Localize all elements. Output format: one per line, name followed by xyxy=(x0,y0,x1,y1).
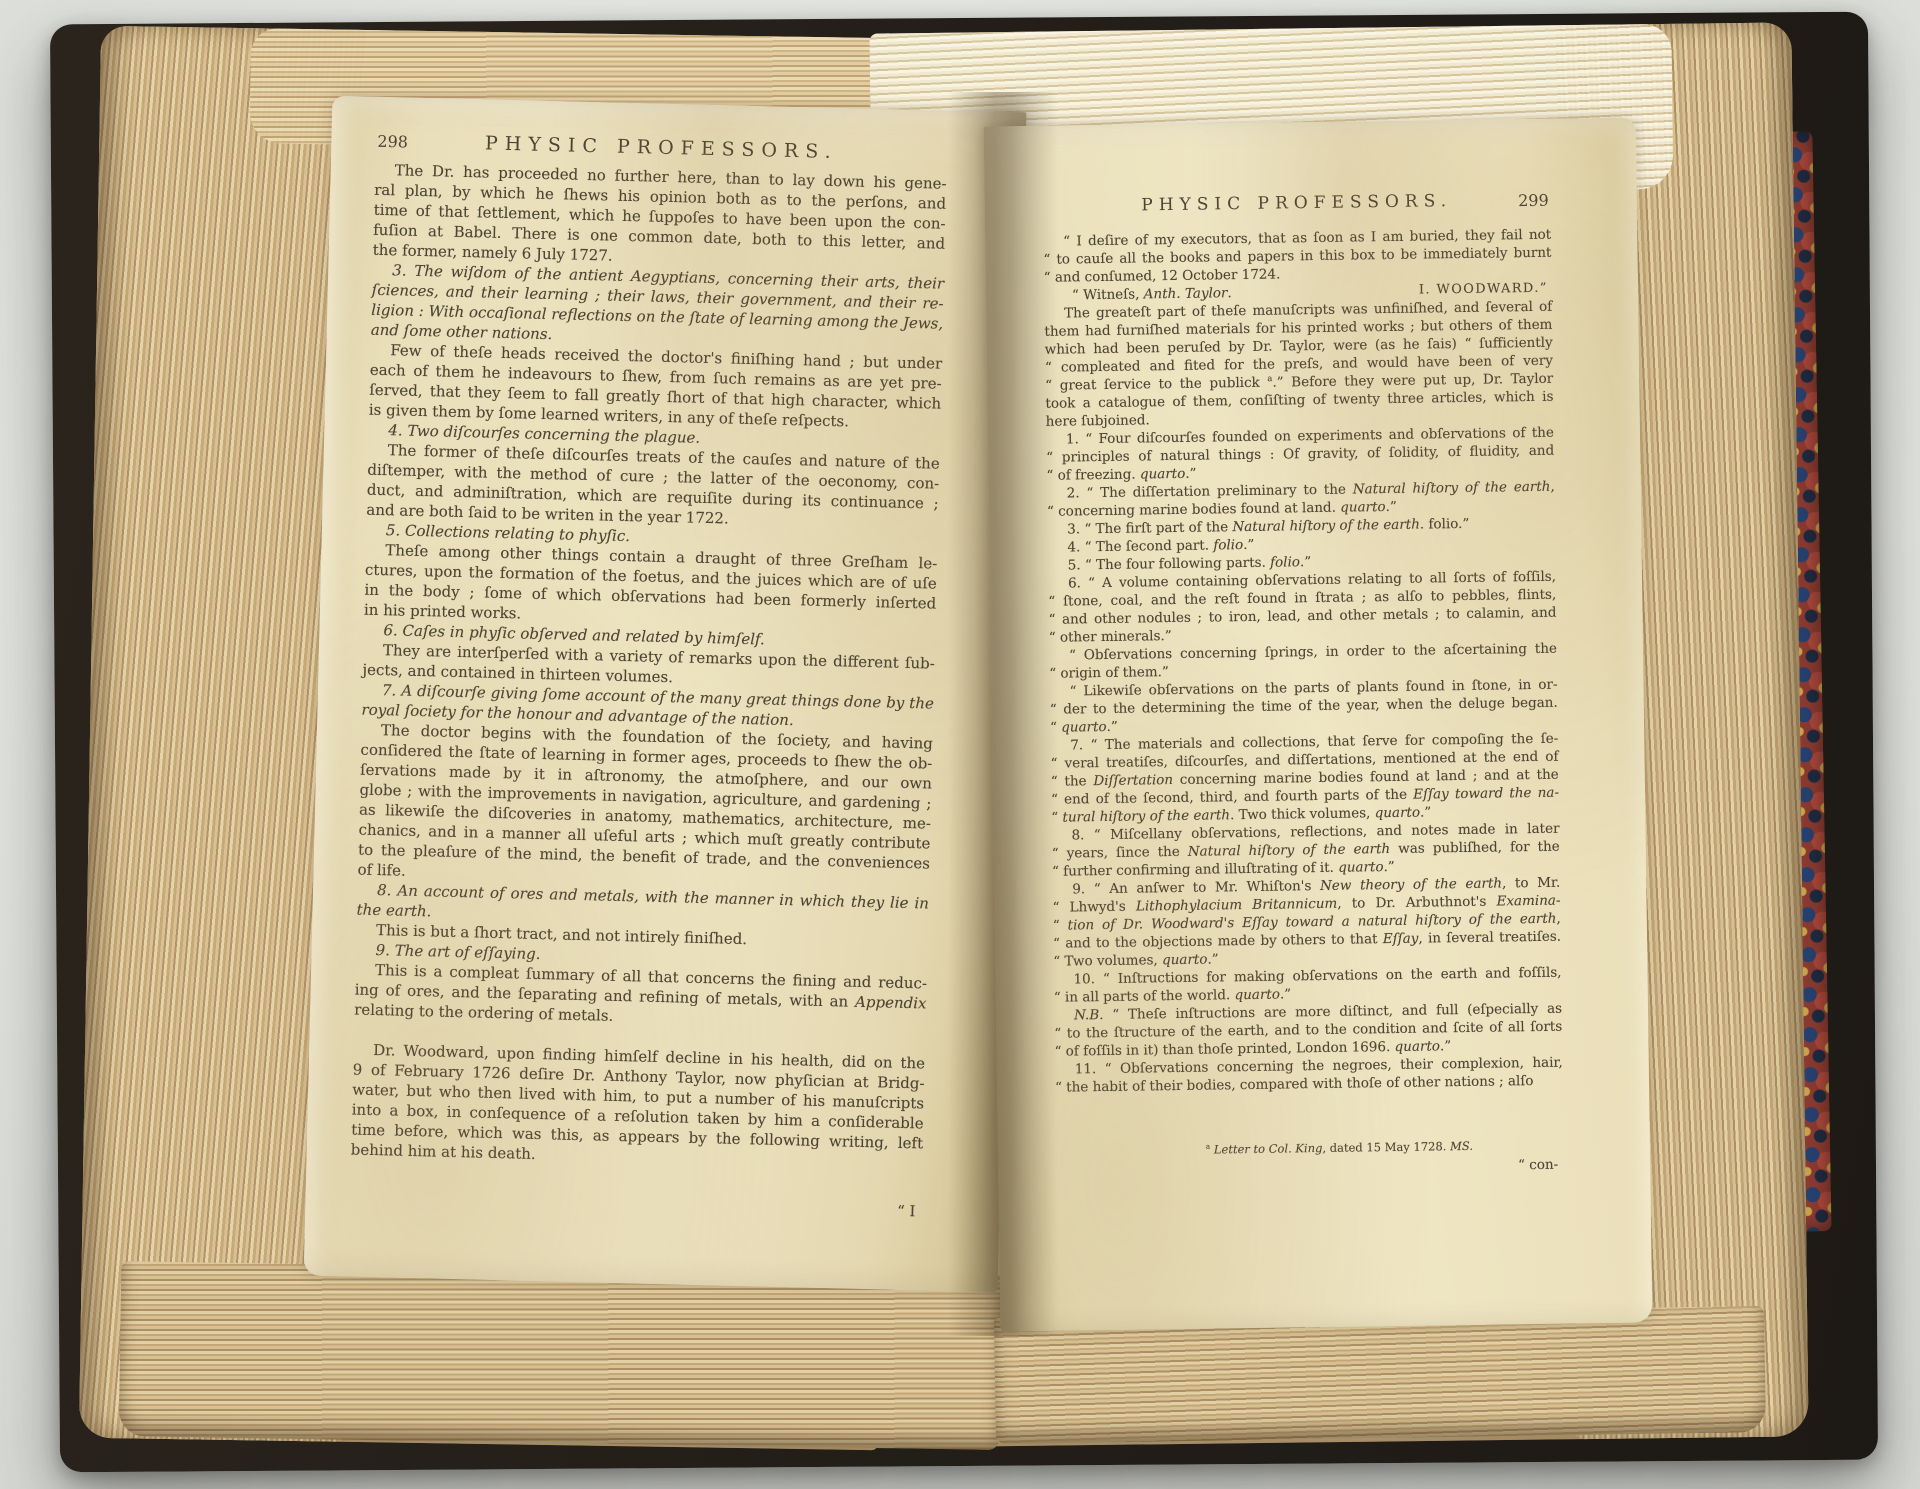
text-block: “ I deſire of my executors, that as ſoon… xyxy=(1043,226,1552,287)
page-stack-bottom-left xyxy=(119,1261,1002,1450)
text-block: The former of theſe diſcourſes treats of… xyxy=(366,440,940,534)
text-block: Dr. Woodward, upon finding himſelf decli… xyxy=(351,1039,926,1173)
text-block: N.B. “ Theſe inſtructions are more diſti… xyxy=(1054,1000,1563,1061)
right-page-body: “ I deſire of my executors, that as ſoon… xyxy=(1043,226,1563,1097)
photo-backdrop: { "palette":{ "backdrop":"#e9ebe6","cove… xyxy=(0,0,1920,1489)
left-catchword: “ I xyxy=(349,1187,921,1221)
text-block: 7. “ The materials and collections, that… xyxy=(1050,730,1559,827)
text-block: “ Likewiſe obſervations on the parts of … xyxy=(1049,676,1558,737)
text-block: Theſe among other things contain a draug… xyxy=(364,540,938,634)
left-page-text: 298 PHYSIC PROFESSORS. The Dr. has proce… xyxy=(349,131,947,1222)
witness-signature: I. WOODWARD.” xyxy=(1419,280,1552,300)
left-page-body: The Dr. has proceeded no further here, t… xyxy=(351,160,947,1174)
right-page-number: 299 xyxy=(1518,192,1549,210)
text-block: 9. “ An anſwer to Mr. Whiſton's New theo… xyxy=(1052,874,1561,971)
left-running-head: 298 PHYSIC PROFESSORS. xyxy=(375,131,947,166)
text-block: 6. “ A volume containing obſervations re… xyxy=(1048,568,1557,647)
text-block: Few of theſe heads received the doctor's… xyxy=(369,340,943,434)
text-block: 3. The wiſdom of the antient Aegyptians,… xyxy=(371,260,945,354)
text-block: The doctor begins with the foundation of… xyxy=(357,720,933,894)
right-running-title: PHYSIC PROFESSORS. xyxy=(1141,191,1452,215)
left-page-number: 298 xyxy=(377,132,408,153)
text-block: This is a compleat ſummary of all that c… xyxy=(354,960,927,1034)
text-block: 1. “ Four diſcourſes founded on experime… xyxy=(1046,424,1555,485)
text-block: 8. “ Miſcellany obſervations, reflection… xyxy=(1051,820,1560,881)
text-block: The greateſt part of theſe manuſcripts w… xyxy=(1044,298,1554,431)
left-page: 298 PHYSIC PROFESSORS. The Dr. has proce… xyxy=(304,96,1027,1293)
right-running-head: PHYSIC PROFESSORS. 299 xyxy=(1043,191,1551,217)
text-block: The Dr. has proceeded no further here, t… xyxy=(373,160,947,274)
right-page: PHYSIC PROFESSORS. 299 “ I deſire of my … xyxy=(984,118,1653,1332)
left-running-title: PHYSIC PROFESSORS. xyxy=(485,132,838,163)
text-block: 11. “ Obſervations concerning the negroe… xyxy=(1055,1054,1563,1097)
right-page-text: PHYSIC PROFESSORS. 299 “ I deſire of my … xyxy=(1043,191,1565,1181)
